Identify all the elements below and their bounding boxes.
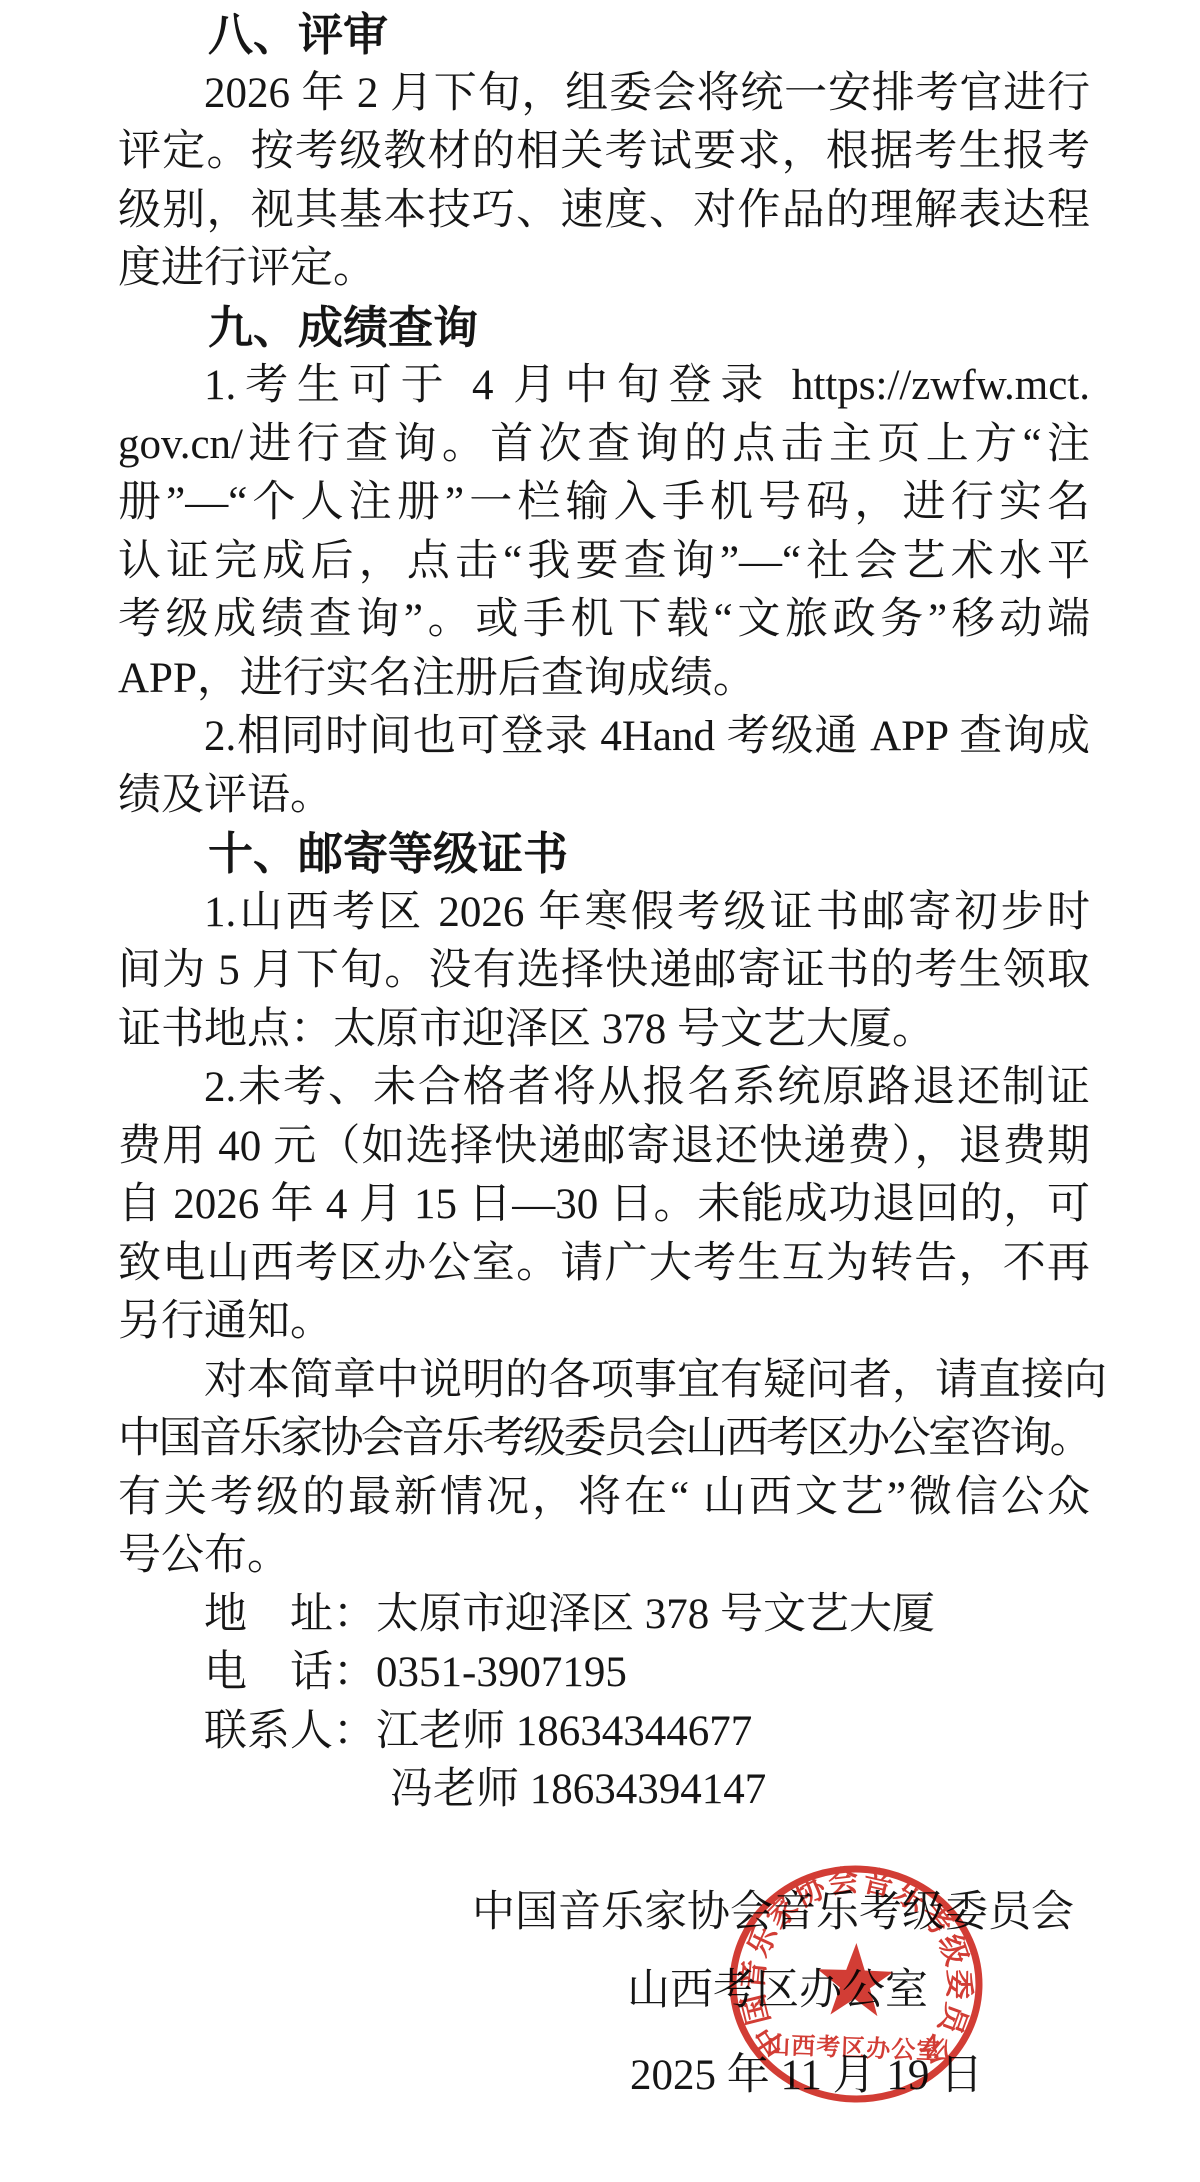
text-line: 自 2026 年 4 月 15 日—30 日。未能成功退回的，可 [118,1176,1090,1235]
contact-person-2: 冯老师 18634394147 [118,1761,1090,1820]
text-line: 认证完成后，点击“我要查询”—“社会艺术水平 [118,533,1090,592]
text-line: 另行通知。 [118,1293,1090,1352]
document-body: 八、评审 2026 年 2 月下旬，组委会将统一安排考官进行 评定。按考级教材的… [0,0,1200,1820]
text-line: 费用 40 元（如选择快递邮寄退还快递费），退费期 [118,1118,1090,1177]
text-line: 级别，视其基本技巧、速度、对作品的理解表达程 [118,182,1090,241]
text-line: 中国音乐家协会音乐考级委员会山西考区办公室咨询。 [118,1410,1090,1469]
text-line: 考级成绩查询”。或手机下载“文旅政务”移动端 [118,591,1090,650]
signature-date: 2025 年 11 月 19 日 [630,2047,983,2106]
section-10-heading: 十、邮寄等级证书 [118,825,1090,884]
text-line: 2.未考、未合格者将从报名系统原路退还制证 [118,1059,1090,1118]
section-8-heading: 八、评审 [118,6,1090,65]
text-line: 2026 年 2 月下旬，组委会将统一安排考官进行 [118,65,1090,124]
text-line: 1.考生可于 4 月中旬登录 https://zwfw.mct. [118,357,1090,416]
section-9-heading: 九、成绩查询 [118,299,1090,358]
contact-address: 地 址：太原市迎泽区 378 号文艺大厦 [118,1586,1090,1645]
text-line: 对本简章中说明的各项事宜有疑问者，请直接向 [118,1352,1090,1411]
text-line: 间为 5 月下旬。没有选择快递邮寄证书的考生领取 [118,942,1090,1001]
text-line: gov.cn/进行查询。首次查询的点击主页上方“注 [118,416,1090,475]
contact-person-1: 联系人：江老师 18634344677 [118,1703,1090,1762]
text-line: 号公布。 [118,1527,1090,1586]
text-line: 度进行评定。 [118,240,1090,299]
text-line: 1.山西考区 2026 年寒假考级证书邮寄初步时 [118,884,1090,943]
text-line: 证书地点：太原市迎泽区 378 号文艺大厦。 [118,1001,1090,1060]
text-line: 绩及评语。 [118,767,1090,826]
text-line: APP，进行实名注册后查询成绩。 [118,650,1090,709]
text-line: 有关考级的最新情况，将在“ 山西文艺”微信公众 [118,1469,1090,1528]
contact-phone: 电 话：0351-3907195 [118,1644,1090,1703]
signature-office: 山西考区办公室 [627,1962,928,2021]
text-line: 评定。按考级教材的相关考试要求，根据考生报考 [118,123,1090,182]
document-page: 八、评审 2026 年 2 月下旬，组委会将统一安排考官进行 评定。按考级教材的… [0,0,1200,1820]
text-line: 致电山西考区办公室。请广大考生互为转告，不再 [118,1235,1090,1294]
signature-organization: 中国音乐家协会音乐考级委员会 [472,1884,1074,1943]
text-line: 2.相同时间也可登录 4Hand 考级通 APP 查询成 [118,708,1090,767]
text-line: 册”—“个人注册”一栏输入手机号码，进行实名 [118,474,1090,533]
